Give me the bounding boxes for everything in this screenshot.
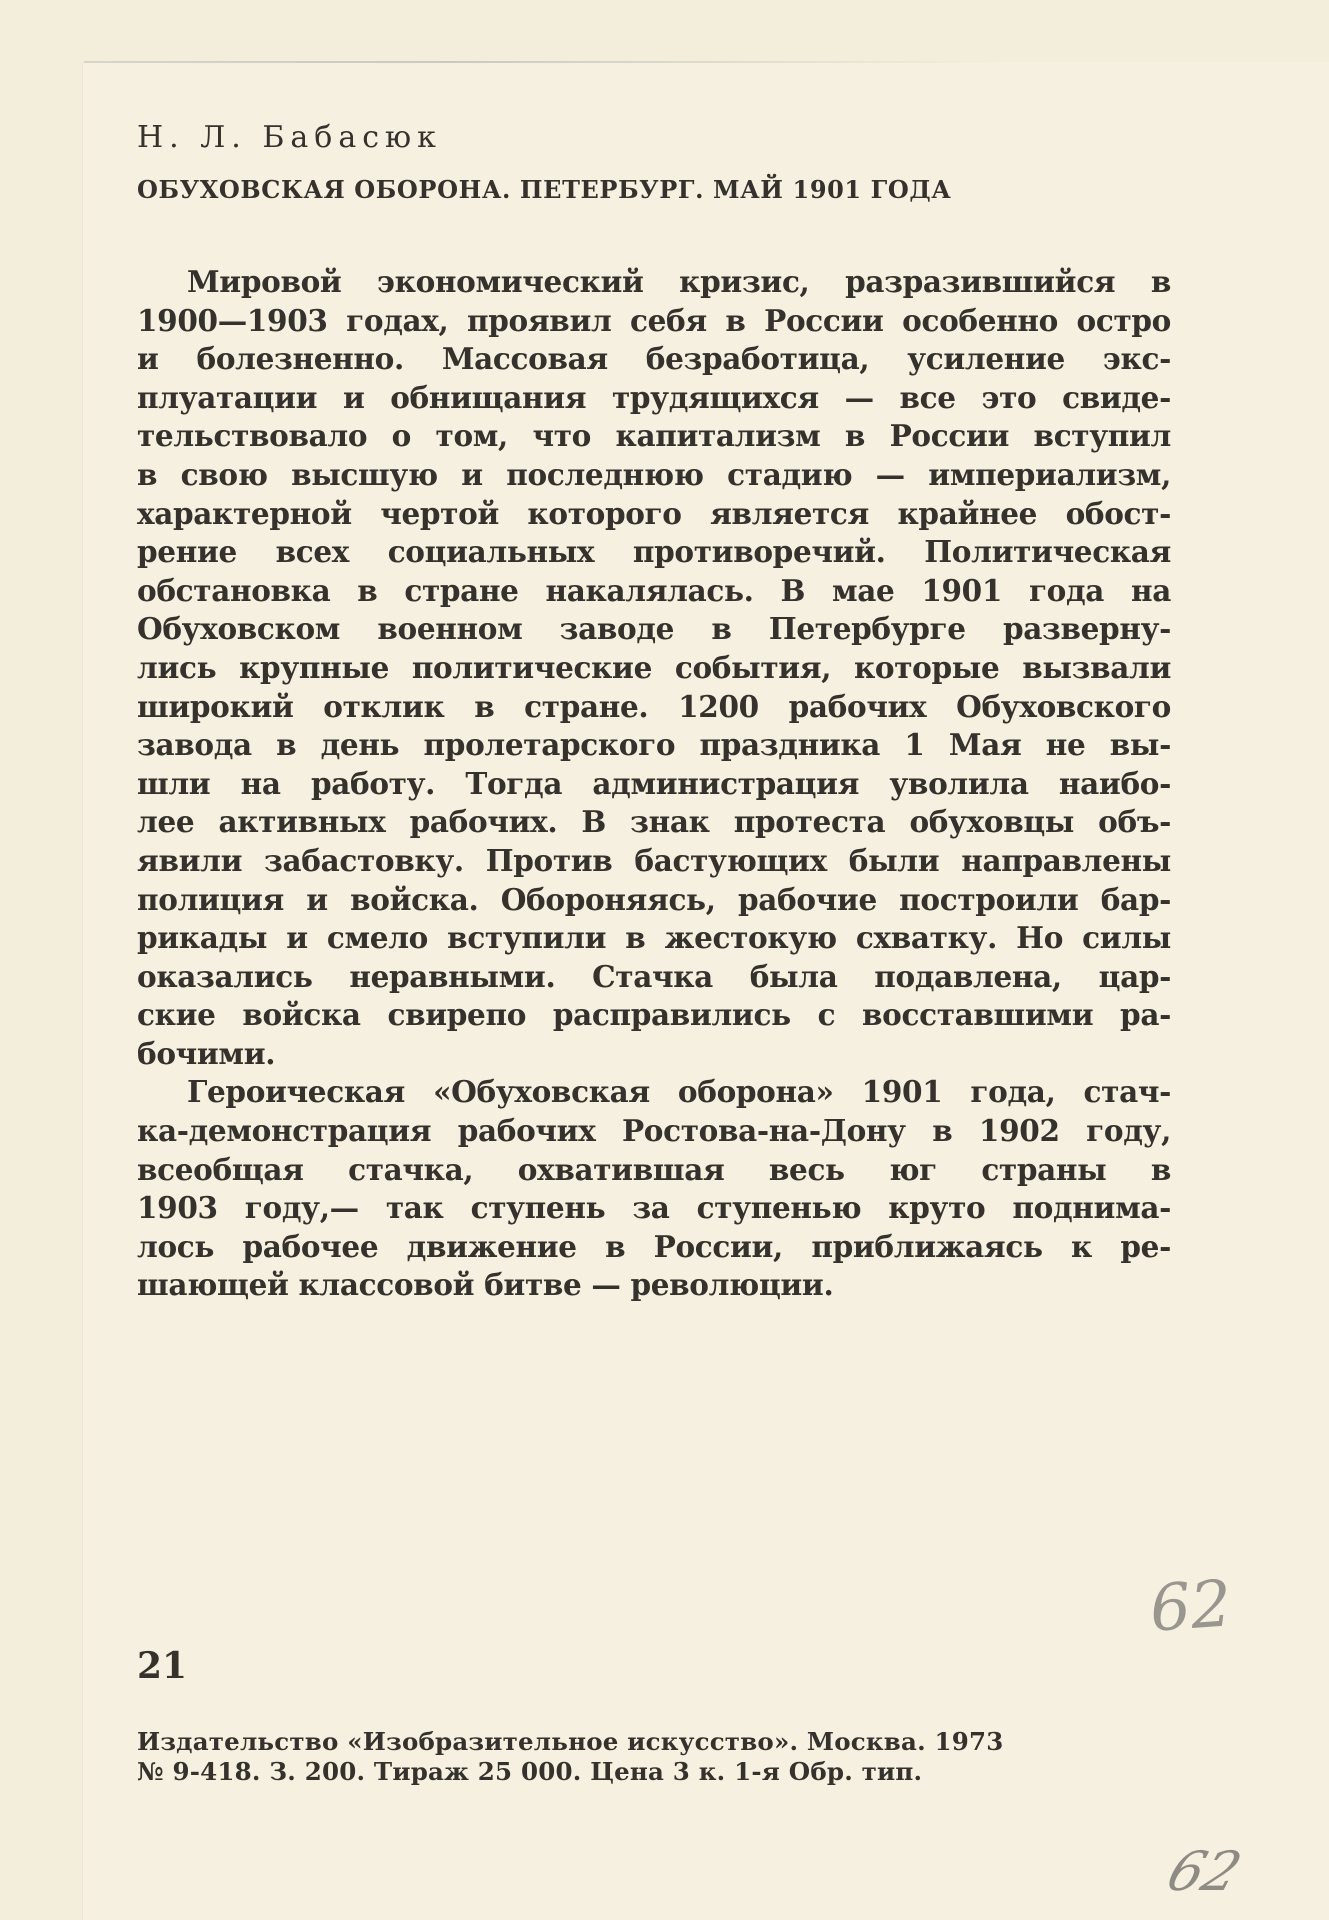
scan-streak xyxy=(84,61,1004,63)
paragraph-1-line: явили забастовку. Против бастующих были … xyxy=(137,842,1171,881)
paragraph-1-line: полиция и войска. Обороняясь, рабочие по… xyxy=(137,881,1171,920)
paragraph-1-line: оказались неравными. Стачка была подавле… xyxy=(137,958,1171,997)
paragraph-1-line: ские войска свирепо расправились с восст… xyxy=(137,996,1171,1035)
article-body: Мировой экономический кризис, разразивши… xyxy=(137,263,1171,1305)
publisher-imprint: Издательство «Изобразительное искусство»… xyxy=(137,1727,1004,1787)
paragraph-1-line: характерной чертой которого является кра… xyxy=(137,495,1171,534)
imprint-line-publisher: Издательство «Изобразительное искусство»… xyxy=(137,1727,1004,1757)
paragraph-1-line: завода в день пролетарского праздника 1 … xyxy=(137,726,1171,765)
paragraph-1-line: 1900—1903 годах, проявил себя в России о… xyxy=(137,302,1171,341)
paragraph-1-line: рикады и смело вступили в жестокую схват… xyxy=(137,919,1171,958)
paragraph-2-line: 1903 году,— так ступень за ступенью крут… xyxy=(137,1189,1171,1228)
paragraph-1-line: лись крупные политические события, котор… xyxy=(137,649,1171,688)
paragraph-1-line: в свою высшую и последнюю стадию — импер… xyxy=(137,456,1171,495)
paragraph-2-line: всеобщая стачка, охватившая весь юг стра… xyxy=(137,1151,1171,1190)
paragraph-2-line: лось рабочее движение в России, приближа… xyxy=(137,1228,1171,1267)
author-name: Н. Л. Бабасюк xyxy=(137,120,442,155)
article-title: ОБУХОВСКАЯ ОБОРОНА. ПЕТЕРБУРГ. МАЙ 1901 … xyxy=(137,175,951,204)
pencil-annotation-upper: 62 xyxy=(1148,1567,1234,1647)
paragraph-1-line: лее активных рабочих. В знак протеста об… xyxy=(137,803,1171,842)
paragraph-1-line: рение всех социальных противоречий. Поли… xyxy=(137,533,1171,572)
paragraph-1-line: Мировой экономический кризис, разразивши… xyxy=(137,263,1171,302)
paragraph-1-line: шли на работу. Тогда администрация уволи… xyxy=(137,765,1171,804)
paragraph-1-line: плуатации и обнищания трудящихся — все э… xyxy=(137,379,1171,418)
paragraph-1-line: широкий отклик в стране. 1200 рабочих Об… xyxy=(137,688,1171,727)
paragraph-2-line: Героическая «Обуховская оборона» 1901 го… xyxy=(137,1073,1171,1112)
paragraph-1-line: обстановка в стране накалялась. В мае 19… xyxy=(137,572,1171,611)
imprint-line-print-details: № 9-418. З. 200. Тираж 25 000. Цена 3 к.… xyxy=(137,1757,1004,1787)
paragraph-1-line: и болезненно. Массовая безработица, усил… xyxy=(137,340,1171,379)
paragraph-1-line: тельствовало о том, что капитализм в Рос… xyxy=(137,417,1171,456)
paragraph-1-line: бочими. xyxy=(137,1035,1171,1074)
paragraph-2-line: ка-демонстрация рабочих Ростова-на-Дону … xyxy=(137,1112,1171,1151)
page-number: 21 xyxy=(137,1645,187,1687)
paragraph-2-line: шающей классовой битве — революции. xyxy=(137,1266,1171,1305)
paragraph-1-line: Обуховском военном заводе в Петербурге р… xyxy=(137,610,1171,649)
